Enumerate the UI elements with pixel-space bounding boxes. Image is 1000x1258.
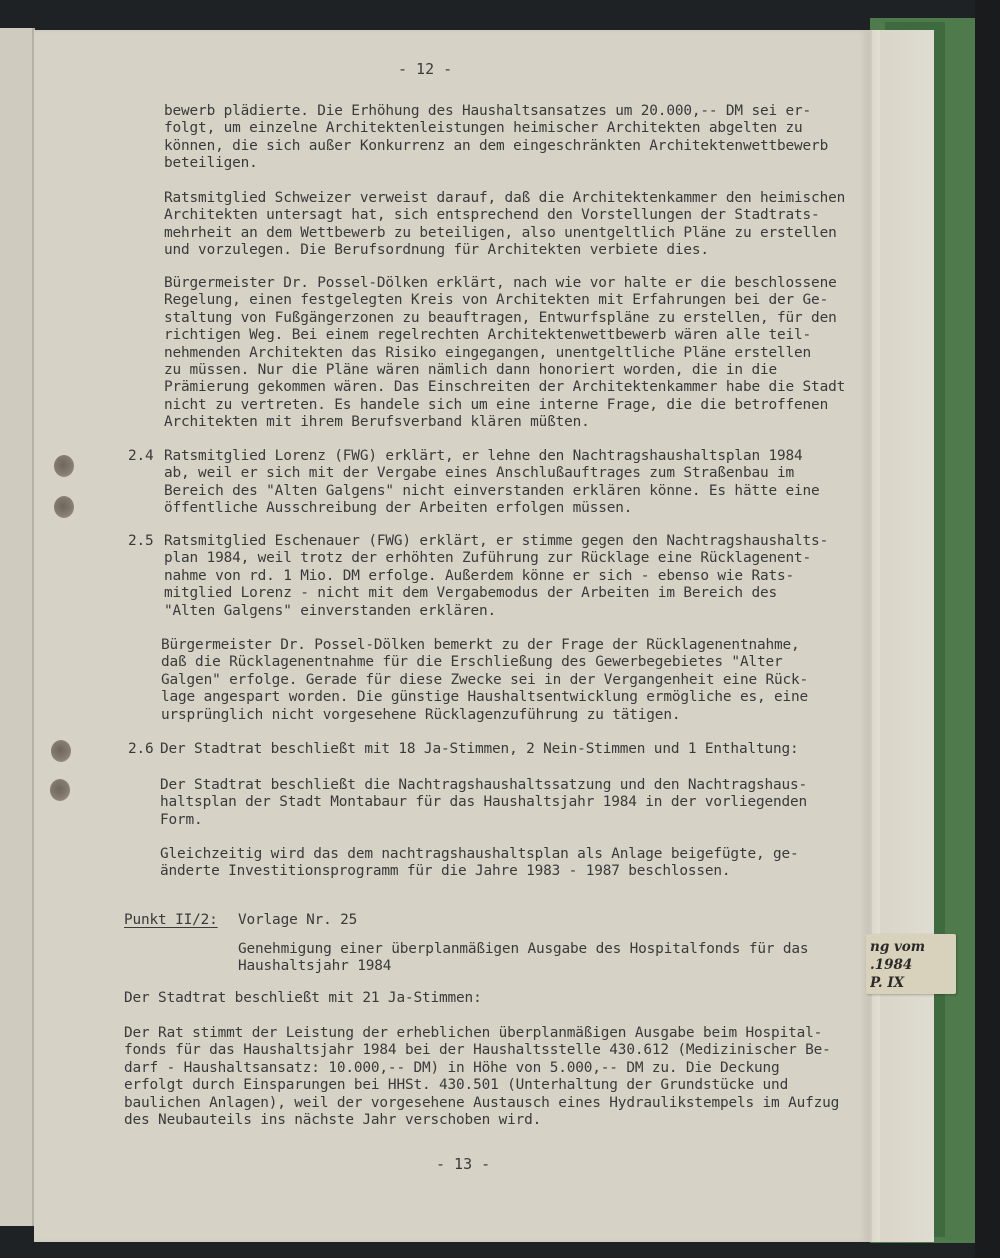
previous-page-edge (0, 28, 35, 1226)
punkt-vorlage: Vorlage Nr. 25 (238, 912, 357, 929)
page-footer-number: - 13 - (436, 1155, 490, 1173)
punkt-resolution: Der Rat stimmt der Leistung der erheblic… (124, 1025, 839, 1129)
item-number-2-4: 2.4 (128, 448, 154, 465)
punch-hole (51, 740, 71, 762)
punch-hole (54, 455, 74, 477)
punch-hole (54, 496, 74, 518)
item-followup-2-6: Der Stadtrat beschließt die Nachtragshau… (160, 777, 807, 829)
item-number-2-6: 2.6 (128, 741, 154, 758)
punkt-label: Punkt II/2: (124, 912, 218, 929)
punkt-subject: Genehmigung einer überplanmäßigen Ausgab… (238, 941, 808, 976)
item-text-2-6: Der Stadtrat beschließt mit 18 Ja-Stimme… (160, 741, 799, 758)
paragraph-continuation: bewerb plädierte. Die Erhöhung des Haush… (164, 103, 828, 173)
page-header-number: - 12 - (398, 60, 452, 78)
paragraph-schweizer: Ratsmitglied Schweizer verweist darauf, … (164, 190, 845, 260)
item-text-2-5: Ratsmitglied Eschenauer (FWG) erklärt, e… (164, 533, 828, 620)
page-stack-edges (870, 30, 934, 1242)
item-followup2-2-6: Gleichzeitig wird das dem nachtragshaush… (160, 846, 799, 881)
item-text-2-4: Ratsmitglied Lorenz (FWG) erklärt, er le… (164, 448, 820, 518)
binder-tab-label: ng vom .1984 P. IX (870, 938, 940, 992)
punkt-vote: Der Stadtrat beschließt mit 21 Ja-Stimme… (124, 990, 482, 1007)
punch-hole (50, 779, 70, 801)
item-followup-2-5: Bürgermeister Dr. Possel-Dölken bemerkt … (161, 637, 808, 724)
binder-edge (975, 0, 1000, 1258)
item-number-2-5: 2.5 (128, 533, 154, 550)
paragraph-buergermeister: Bürgermeister Dr. Possel-Dölken erklärt,… (164, 275, 845, 432)
